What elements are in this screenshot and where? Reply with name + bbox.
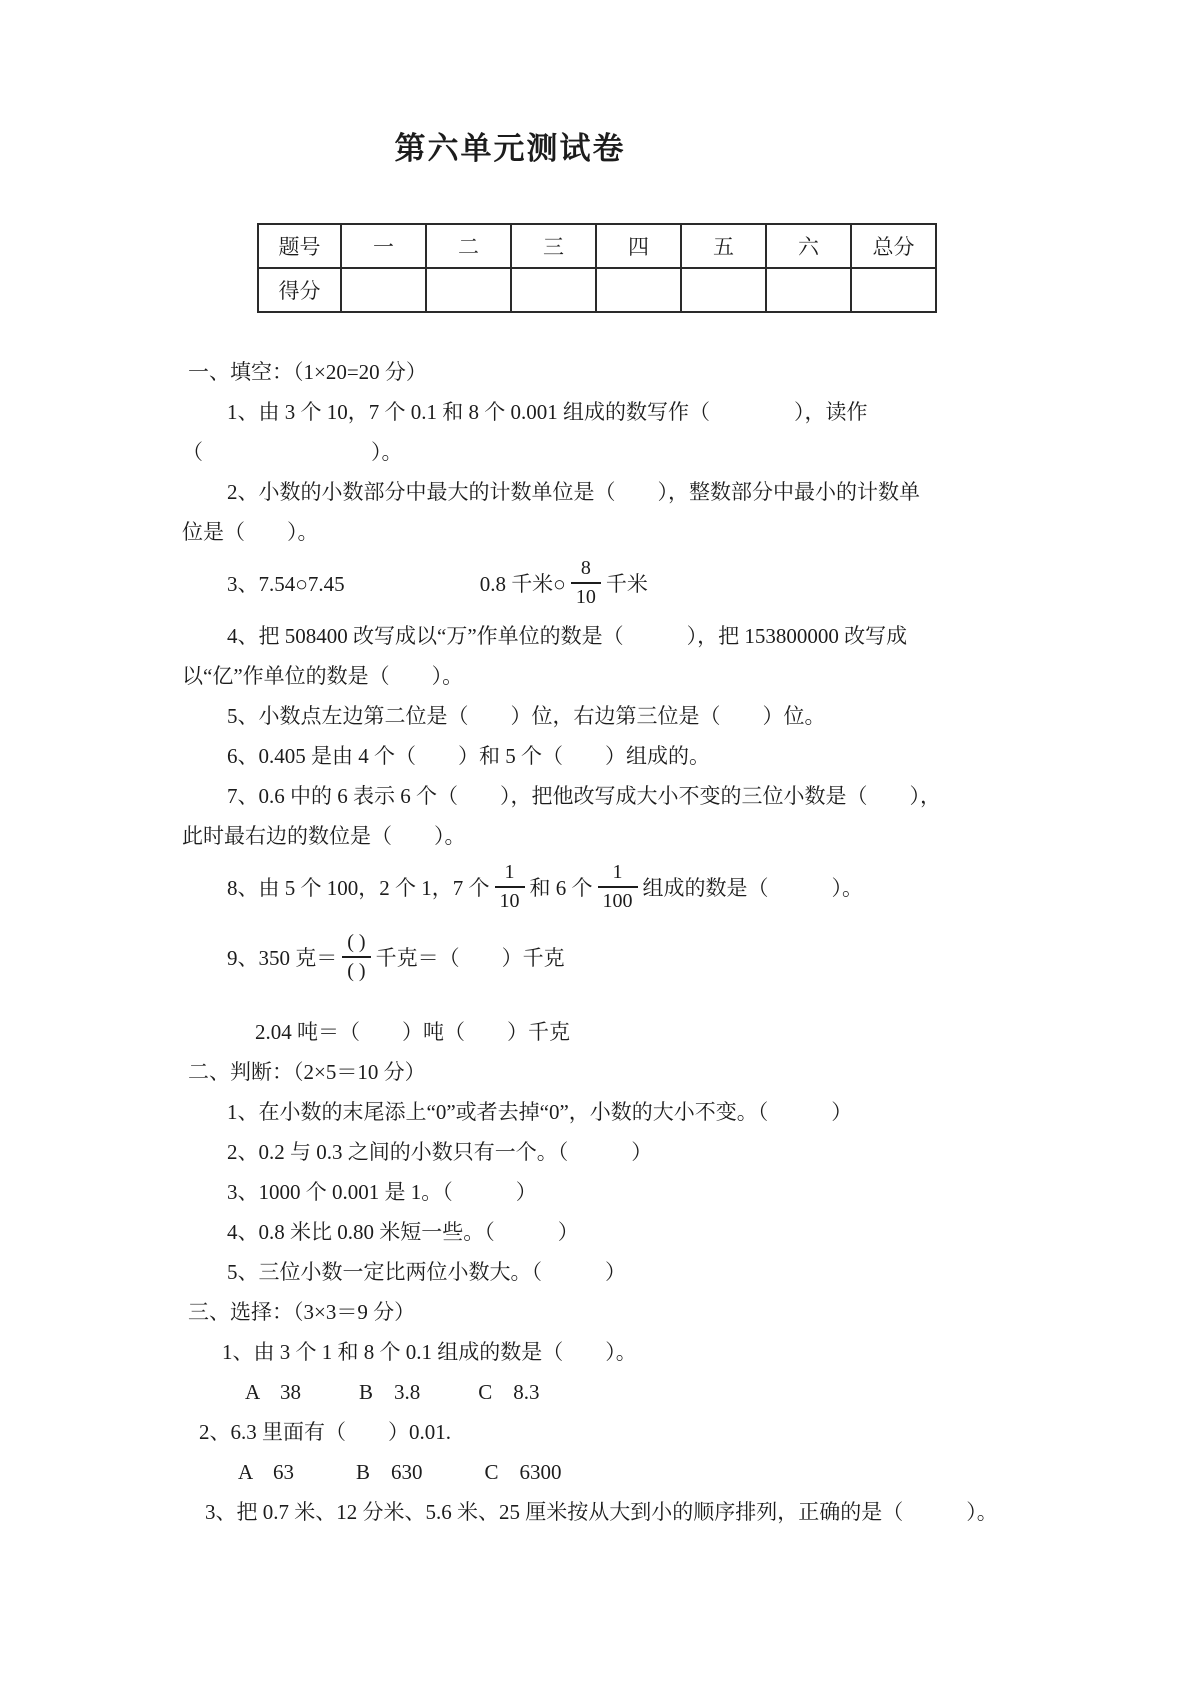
text-segment: 4、0.8 米比 0.80 米短一些。（ ） [227, 1220, 579, 1244]
judge2-line: 2、0.2 与 0.3 之间的小数只有一个。（ ） [227, 1132, 1151, 1172]
text-segment: 2、小数的小数部分中最大的计数单位是（ ），整数部分中最小的计数单 [227, 480, 920, 504]
text-segment: 千米 [606, 572, 648, 596]
text-segment: 3、1000 个 0.001 是 1。（ ） [227, 1180, 537, 1204]
text-segment: 2、6.3 里面有（ ）0.01. [199, 1420, 451, 1444]
table-header-row: 题号一二三四五六总分 [258, 224, 936, 268]
text-segment: 1、由 3 个 1 和 8 个 0.1 组成的数是（ ）。 [222, 1340, 637, 1364]
text-segment: 三、选择：（3×3＝9 分） [188, 1300, 415, 1324]
q7-line1: 7、0.6 中的 6 表示 6 个（ ），把他改写成大小不变的三位小数是（ ）， [227, 776, 1151, 816]
judge5-line: 5、三位小数一定比两位小数大。（ ） [227, 1252, 1151, 1292]
text-segment: 5、三位小数一定比两位小数大。（ ） [227, 1260, 626, 1284]
question-body: 一、填空：（1×20=20 分）1、由 3 个 10，7 个 0.1 和 8 个… [150, 352, 1151, 1532]
text-segment: 7、0.6 中的 6 表示 6 个（ ），把他改写成大小不变的三位小数是（ ）， [227, 784, 941, 808]
score-cell [766, 268, 851, 312]
q2-line2: 位是（ ）。 [182, 512, 1151, 552]
score-cell [511, 268, 596, 312]
table-header-cell: 五 [681, 224, 766, 268]
fraction: ( )( ) [342, 929, 370, 985]
text-segment: 1、由 3 个 10，7 个 0.1 和 8 个 0.001 组成的数写作（ ）… [227, 400, 868, 424]
fraction-numerator: 1 [495, 859, 525, 888]
q4-line1: 4、把 508400 改写成以“万”作单位的数是（ ），把 153800000 … [227, 616, 1151, 656]
fraction-numerator: 8 [571, 555, 601, 584]
fraction: 110 [495, 859, 525, 915]
text-segment: 二、判断：（2×5＝10 分） [188, 1060, 426, 1084]
choice2-line: 2、6.3 里面有（ ）0.01. [199, 1412, 1151, 1452]
choice1-options: A 38B 3.8C 8.3 [245, 1372, 1151, 1412]
score-row-label: 得分 [258, 268, 341, 312]
fraction-numerator: 1 [598, 859, 638, 888]
table-header-cell: 六 [766, 224, 851, 268]
text-segment: C 8.3 [478, 1380, 539, 1404]
page-title: 第六单元测试卷 [150, 128, 870, 170]
fraction-numerator: ( ) [342, 929, 370, 958]
q7-line2: 此时最右边的数位是（ ）。 [182, 816, 1151, 856]
text-segment: B 630 [356, 1460, 423, 1484]
section3-heading: 三、选择：（3×3＝9 分） [188, 1292, 1151, 1332]
judge3-line: 3、1000 个 0.001 是 1。（ ） [227, 1172, 1151, 1212]
text-segment: 9、350 克＝ [227, 946, 337, 970]
score-table: 题号一二三四五六总分得分 [257, 223, 937, 313]
judge4-line: 4、0.8 米比 0.80 米短一些。（ ） [227, 1212, 1151, 1252]
q9-line2: 2.04 吨＝（ ）吨（ ）千克 [255, 1012, 1151, 1052]
q1-line1: 1、由 3 个 10，7 个 0.1 和 8 个 0.001 组成的数写作（ ）… [227, 392, 1151, 432]
judge1-line: 1、在小数的末尾添上“0”或者去掉“0”，小数的大小不变。（ ） [227, 1092, 1151, 1132]
score-row: 得分 [258, 268, 936, 312]
text-segment: 5、小数点左边第二位是（ ）位，右边第三位是（ ）位。 [227, 704, 826, 728]
text-segment: 2、0.2 与 0.3 之间的小数只有一个。（ ） [227, 1140, 652, 1164]
text-segment: 0.8 千米○ [480, 572, 566, 596]
table-header-cell: 题号 [258, 224, 341, 268]
text-segment: 6、0.405 是由 4 个（ ）和 5 个（ ）组成的。 [227, 744, 710, 768]
q6-line: 6、0.405 是由 4 个（ ）和 5 个（ ）组成的。 [227, 736, 1151, 776]
text-segment: B 3.8 [359, 1380, 420, 1404]
score-cell [341, 268, 426, 312]
choice2-options: A 63B 630C 6300 [238, 1452, 1151, 1492]
table-header-cell: 一 [341, 224, 426, 268]
text-segment: 位是（ ）。 [182, 520, 319, 544]
text-segment: 此时最右边的数位是（ ）。 [182, 824, 466, 848]
fraction-denominator: 10 [495, 888, 525, 915]
choice1-line: 1、由 3 个 1 和 8 个 0.1 组成的数是（ ）。 [222, 1332, 1151, 1372]
text-segment: 3、把 0.7 米、12 分米、5.6 米、25 厘米按从大到小的顺序排列，正确… [205, 1500, 998, 1524]
q2-line1: 2、小数的小数部分中最大的计数单位是（ ），整数部分中最小的计数单 [227, 472, 1151, 512]
table-header-cell: 总分 [851, 224, 936, 268]
score-cell [426, 268, 511, 312]
fraction-denominator: 100 [598, 888, 638, 915]
score-cell [851, 268, 936, 312]
choice3-line: 3、把 0.7 米、12 分米、5.6 米、25 厘米按从大到小的顺序排列，正确… [205, 1492, 1151, 1532]
text-segment: 8、由 5 个 100，2 个 1，7 个 [227, 876, 490, 900]
fraction: 810 [571, 555, 601, 611]
text-segment: 一、填空：（1×20=20 分） [188, 360, 427, 384]
text-segment: 1、在小数的末尾添上“0”或者去掉“0”，小数的大小不变。（ ） [227, 1100, 852, 1124]
text-segment: A 38 [245, 1380, 301, 1404]
text-segment: 4、把 508400 改写成以“万”作单位的数是（ ），把 153800000 … [227, 624, 907, 648]
section2-heading: 二、判断：（2×5＝10 分） [188, 1052, 1151, 1092]
text-segment: 3、7.54○7.45 [227, 572, 345, 596]
q8-line: 8、由 5 个 100，2 个 1，7 个110和 6 个1100组成的数是（ … [227, 856, 1151, 920]
text-segment: C 6300 [485, 1460, 562, 1484]
text-segment: 以“亿”作单位的数是（ ）。 [182, 664, 463, 688]
q9-line1: 9、350 克＝( )( )千克＝（ ）千克 [227, 920, 1151, 996]
fraction-denominator: 10 [571, 584, 601, 611]
section1-heading: 一、填空：（1×20=20 分） [188, 352, 1151, 392]
text-segment: 和 6 个 [530, 876, 593, 900]
text-segment: A 63 [238, 1460, 294, 1484]
text-segment: 组成的数是（ ）。 [643, 876, 864, 900]
table-header-cell: 三 [511, 224, 596, 268]
table-header-cell: 二 [426, 224, 511, 268]
test-paper-page: 第六单元测试卷 题号一二三四五六总分得分 一、填空：（1×20=20 分）1、由… [0, 0, 1191, 1684]
fraction-denominator: ( ) [342, 958, 370, 985]
table-header-cell: 四 [596, 224, 681, 268]
score-cell [681, 268, 766, 312]
q4-line2: 以“亿”作单位的数是（ ）。 [182, 656, 1151, 696]
text-segment: 千克＝（ ）千克 [376, 946, 565, 970]
q3-line: 3、7.54○7.450.8 千米○810千米 [227, 552, 1151, 616]
q5-line: 5、小数点左边第二位是（ ）位，右边第三位是（ ）位。 [227, 696, 1151, 736]
q1-line2: （ ）。 [182, 432, 1151, 472]
text-segment: 2.04 吨＝（ ）吨（ ）千克 [255, 1020, 570, 1044]
fraction: 1100 [598, 859, 638, 915]
score-table-body: 题号一二三四五六总分得分 [258, 224, 936, 312]
score-cell [596, 268, 681, 312]
text-segment: （ ）。 [182, 440, 403, 464]
